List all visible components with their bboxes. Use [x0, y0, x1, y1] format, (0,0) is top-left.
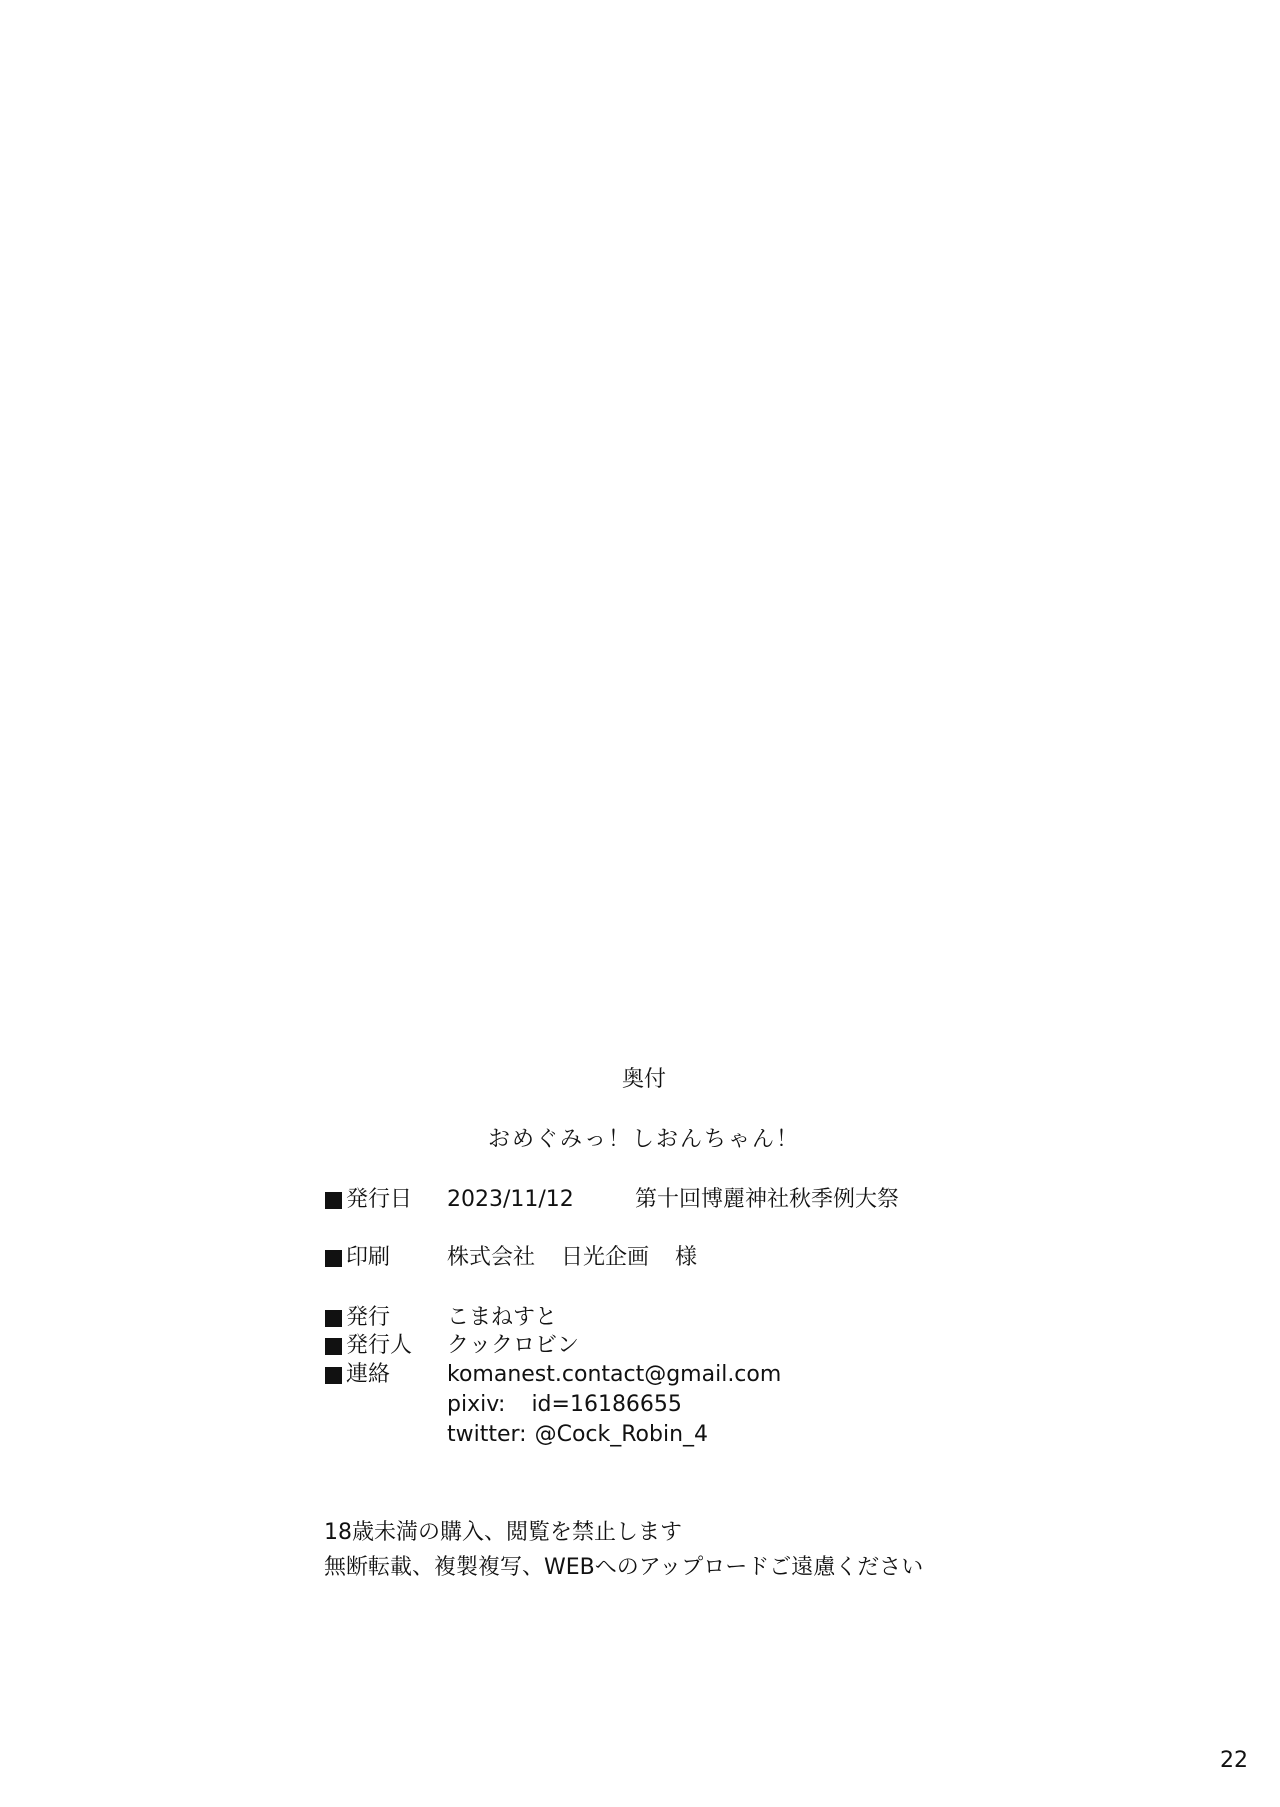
square-bullet-icon [325, 1192, 342, 1209]
publish-date-label-group: 発行日 [325, 1186, 412, 1214]
colophon-page: 奥付 おめぐみっ！しおんちゃん！ 発行日 2023/11/12 第十回博麗神社秋… [0, 0, 1280, 1807]
reproduction-notice: 無断転載、複製複写、WEBへのアップロードご遠慮ください [324, 1553, 923, 1583]
contact-email[interactable]: komanest.contact@gmail.com [447, 1361, 781, 1389]
page-number: 22 [1220, 1748, 1248, 1774]
contact-label: 連絡 [346, 1361, 390, 1389]
twitter-label: twitter: [447, 1422, 527, 1447]
pixiv-contact: pixiv:id=16186655 [447, 1391, 682, 1419]
pixiv-label: pixiv: [447, 1392, 505, 1417]
printer-company-name: 日光企画 [561, 1245, 649, 1270]
square-bullet-icon [325, 1367, 342, 1384]
publisher-label: 発行 [346, 1304, 390, 1332]
twitter-handle[interactable]: @Cock_Robin_4 [535, 1422, 708, 1447]
square-bullet-icon [325, 1250, 342, 1267]
author-value: クックロビン [447, 1332, 579, 1360]
printer-label: 印刷 [346, 1244, 390, 1272]
printer-honorific: 様 [675, 1245, 697, 1270]
publisher-value: こまねすと [447, 1304, 557, 1332]
pixiv-id[interactable]: id=16186655 [531, 1392, 682, 1417]
printer-label-group: 印刷 [325, 1244, 390, 1272]
twitter-contact: twitter:@Cock_Robin_4 [447, 1421, 708, 1449]
publisher-label-group: 発行 [325, 1304, 390, 1332]
book-title: おめぐみっ！しおんちゃん！ [0, 1126, 1280, 1154]
event-name: 第十回博麗神社秋季例大祭 [635, 1186, 899, 1214]
printer-value: 株式会社日光企画様 [447, 1244, 697, 1272]
publish-date-label: 発行日 [346, 1186, 412, 1214]
publish-date-value: 2023/11/12 [447, 1186, 574, 1214]
printer-company-type: 株式会社 [447, 1245, 535, 1270]
author-label-group: 発行人 [325, 1332, 412, 1360]
square-bullet-icon [325, 1338, 342, 1355]
square-bullet-icon [325, 1310, 342, 1327]
contact-label-group: 連絡 [325, 1361, 390, 1389]
colophon-heading: 奥付 [0, 1066, 1280, 1094]
age-restriction-notice: 18歳未満の購入、閲覧を禁止します [324, 1518, 682, 1548]
author-label: 発行人 [346, 1332, 412, 1360]
